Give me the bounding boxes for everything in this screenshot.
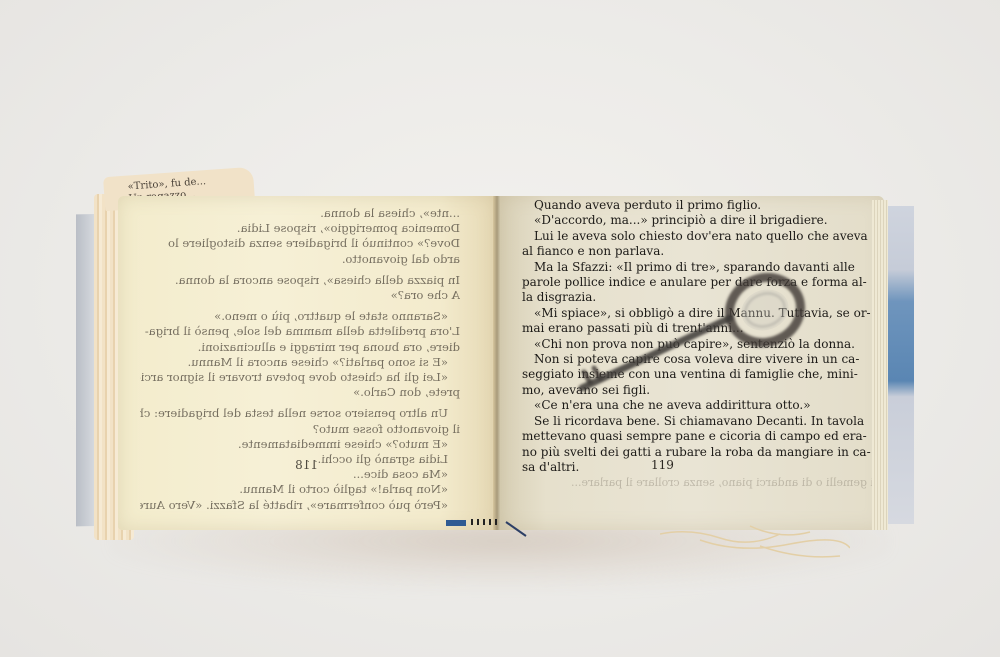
text-line: al fianco e non parlava. <box>522 244 874 259</box>
text-line: «Però può confermare», ribatté la Sfazzi… <box>140 498 460 513</box>
text-line: ...nte», chiesa la donna. <box>140 206 460 221</box>
text-line: «D'accordo, ma...» principiò a dire il b… <box>522 213 874 228</box>
text-line: «E muto?» chiese immediatamente. <box>140 437 460 452</box>
text-line: A che ora?» <box>140 288 460 303</box>
text-line: il giovanotto fosse muto? <box>140 422 460 437</box>
text-line: «Lei gli ha chiesto dove poteva trovare … <box>140 370 460 385</box>
text-line: prete, don Carlo.» <box>140 385 460 400</box>
text-line: In piazza della chiesa», rispose ancora … <box>140 273 460 288</box>
ghost-text-line: i gemelli o di andarci piano, senza crol… <box>522 475 874 490</box>
key-drawing-icon <box>560 270 820 400</box>
page-number-right: 119 <box>651 458 674 472</box>
text-line: Domenica pomeriggio», rispose Lidia. <box>140 221 460 236</box>
text-line: «Ce n'era una che ne aveva addirittura o… <box>522 398 874 413</box>
text-line: Quando aveva perduto il primo figlio. <box>522 198 874 213</box>
text-line: diere, ora buona per miraggi e allucinaz… <box>140 340 460 355</box>
text-line: Un altro pensiero sorse nella testa del … <box>140 406 460 421</box>
text-line: «Saranno state le quattro, più o meno.» <box>140 309 460 324</box>
mirrored-bleed-text: ...nte», chiesa la donna. Domenica pomer… <box>118 196 496 530</box>
text-line: «E si sono parlati?» chiese ancora il Ma… <box>140 355 460 370</box>
text-line: L'ora prediletta della mamma del sole, p… <box>140 324 460 339</box>
text-line: sa d'altri. <box>522 460 874 475</box>
ribbon-bookmark <box>446 518 536 540</box>
book-cover-right <box>884 206 914 524</box>
paper-fibers <box>660 520 850 560</box>
text-line: «Non parla!» tagliò corto il Mannu. <box>140 482 460 497</box>
text-line: Se li ricordava bene. Si chiamavano Deca… <box>522 414 874 429</box>
page-number-left: 118 <box>295 458 318 472</box>
text-line: Lui le aveva solo chiesto dov'era nato q… <box>522 229 874 244</box>
page-edges-right <box>872 200 888 530</box>
text-line: ardo dal giovanotto. <box>140 252 460 267</box>
text-line: no più svelti dei gatti a rubare la roba… <box>522 445 874 460</box>
page-left: ...nte», chiesa la donna. Domenica pomer… <box>118 196 496 530</box>
text-line: Dove?» continuò il brigadiere senza dist… <box>140 236 460 251</box>
text-line: mettevano quasi sempre pane e cicoria di… <box>522 429 874 444</box>
